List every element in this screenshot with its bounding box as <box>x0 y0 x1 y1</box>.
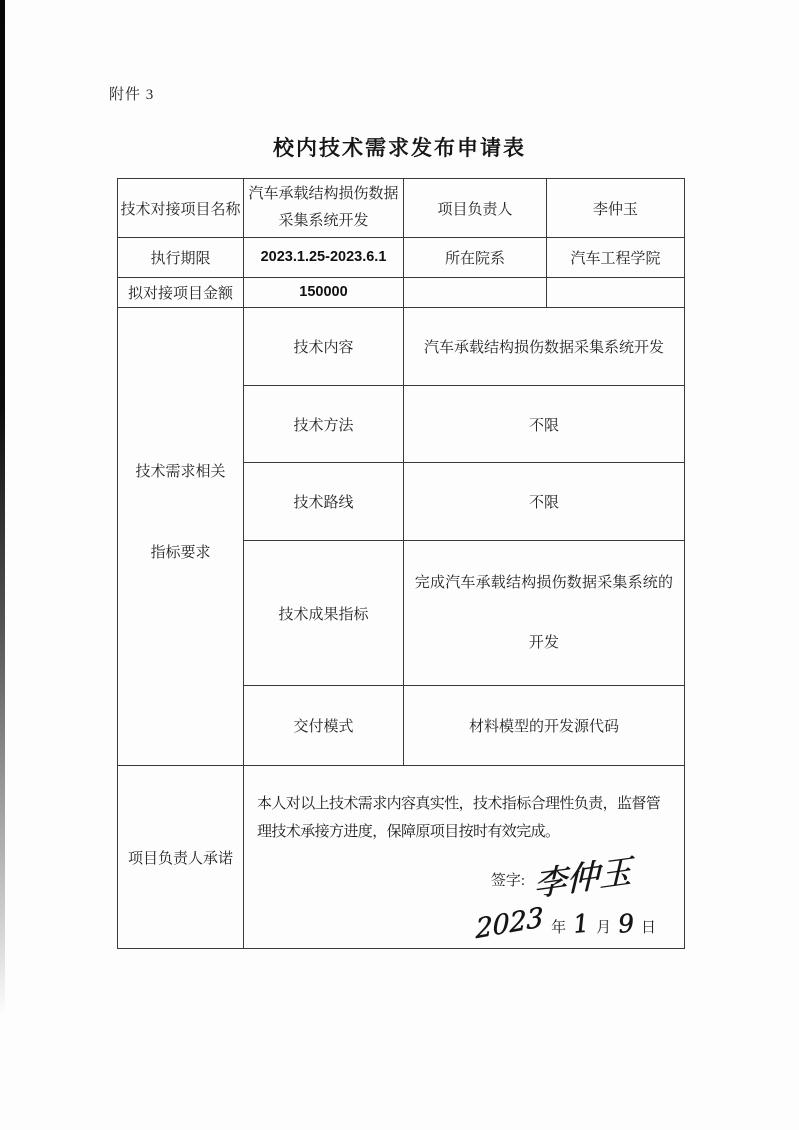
amount-label: 拟对接项目金额 <box>128 286 233 302</box>
table-row: 技术需求相关 指标要求 技术内容 汽车承载结构损伤数据采集系统开发 <box>118 308 685 386</box>
project-name-value: 汽车承载结构损伤数据采集系统开发 <box>244 181 403 235</box>
requirements-section-label-cell: 技术需求相关 指标要求 <box>118 308 244 766</box>
amount-value-cell: 150000 <box>244 278 404 308</box>
year-unit-label: 年 <box>551 916 566 937</box>
tech-outcome-label: 技术成果指标 <box>278 607 368 623</box>
cell-empty <box>547 278 685 308</box>
table-row: 执行期限 2023.1.25-2023.6.1 所在院系 汽车工程学院 <box>118 238 685 278</box>
day-unit-label: 日 <box>641 916 656 937</box>
period-label: 执行期限 <box>150 251 210 267</box>
period-value: 2023.1.25-2023.6.1 <box>261 249 387 265</box>
tech-content-value: 汽车承载结构损伤数据采集系统开发 <box>424 340 664 356</box>
department-value: 汽车工程学院 <box>570 251 660 267</box>
handwritten-day: 9 <box>617 908 635 938</box>
project-name-value-cell: 汽车承载结构损伤数据采集系统开发 <box>244 179 404 238</box>
amount-label-cell: 拟对接项目金额 <box>118 278 244 308</box>
tech-outcome-label-cell: 技术成果指标 <box>244 541 404 686</box>
requirements-section-label: 技术需求相关 指标要求 <box>118 460 243 562</box>
tech-method-label-cell: 技术方法 <box>244 386 404 463</box>
application-form-table: 技术对接项目名称 汽车承载结构损伤数据采集系统开发 项目负责人 李仲玉 执行期限… <box>117 178 685 949</box>
project-name-label-cell: 技术对接项目名称 <box>118 179 244 238</box>
period-value-cell: 2023.1.25-2023.6.1 <box>244 238 404 278</box>
commitment-content-cell: 本人对以上技术需求内容真实性，技术指标合理性负责，监督管理技术承接方进度，保障原… <box>244 766 685 949</box>
tech-content-value-cell: 汽车承载结构损伤数据采集系统开发 <box>404 308 685 386</box>
table-row: 拟对接项目金额 150000 <box>118 278 685 308</box>
tech-route-value: 不限 <box>529 495 559 511</box>
signature-label: 签字: <box>491 869 525 890</box>
commitment-label: 项目负责人承诺 <box>128 851 233 867</box>
handwritten-month: 1 <box>572 908 590 938</box>
signature-date-row: 2023 年 1 月 9 日 <box>244 908 684 939</box>
delivery-mode-label: 交付模式 <box>293 719 353 735</box>
department-value-cell: 汽车工程学院 <box>547 238 685 278</box>
cell-empty <box>404 278 547 308</box>
tech-route-label: 技术路线 <box>293 495 353 511</box>
department-label-cell: 所在院系 <box>404 238 547 278</box>
commitment-text: 本人对以上技术需求内容真实性，技术指标合理性负责，监督管理技术承接方进度，保障原… <box>244 775 684 846</box>
requirements-label-line1: 技术需求相关 <box>135 460 225 481</box>
tech-outcome-value-cell: 完成汽车承载结构损伤数据采集系统的开发 <box>404 541 685 686</box>
page-title: 校内技术需求发布申请表 <box>0 132 799 162</box>
leader-value: 李仲玉 <box>593 202 638 218</box>
commitment-label-cell: 项目负责人承诺 <box>118 766 244 949</box>
table-row: 项目负责人承诺 本人对以上技术需求内容真实性，技术指标合理性负责，监督管理技术承… <box>118 766 685 949</box>
tech-method-value-cell: 不限 <box>404 386 685 463</box>
attachment-label: 附件 3 <box>109 83 154 104</box>
tech-method-value: 不限 <box>529 418 559 434</box>
signature-row: 签字: 李仲玉 <box>244 856 684 902</box>
delivery-mode-value: 材料模型的开发源代码 <box>469 719 619 735</box>
period-label-cell: 执行期限 <box>118 238 244 278</box>
tech-content-label: 技术内容 <box>293 340 353 356</box>
handwritten-signature: 李仲玉 <box>533 844 631 905</box>
amount-value: 150000 <box>299 284 347 300</box>
table-row: 技术对接项目名称 汽车承载结构损伤数据采集系统开发 项目负责人 李仲玉 <box>118 179 685 238</box>
delivery-mode-value-cell: 材料模型的开发源代码 <box>404 686 685 766</box>
tech-method-label: 技术方法 <box>293 418 353 434</box>
delivery-mode-label-cell: 交付模式 <box>244 686 404 766</box>
department-label: 所在院系 <box>445 251 505 267</box>
leader-label: 项目负责人 <box>437 202 512 218</box>
project-name-label: 技术对接项目名称 <box>120 202 240 218</box>
leader-value-cell: 李仲玉 <box>547 179 685 238</box>
requirements-label-line2: 指标要求 <box>150 541 210 562</box>
tech-outcome-value: 完成汽车承载结构损伤数据采集系统的开发 <box>404 553 684 673</box>
tech-route-label-cell: 技术路线 <box>244 463 404 541</box>
month-unit-label: 月 <box>596 916 611 937</box>
leader-label-cell: 项目负责人 <box>404 179 547 238</box>
handwritten-year: 2023 <box>476 902 544 945</box>
tech-content-label-cell: 技术内容 <box>244 308 404 386</box>
tech-route-value-cell: 不限 <box>404 463 685 541</box>
scanned-form-page: 附件 3 校内技术需求发布申请表 技术对接项目名称 汽车承载结构损伤数据采集系统… <box>0 0 799 1130</box>
